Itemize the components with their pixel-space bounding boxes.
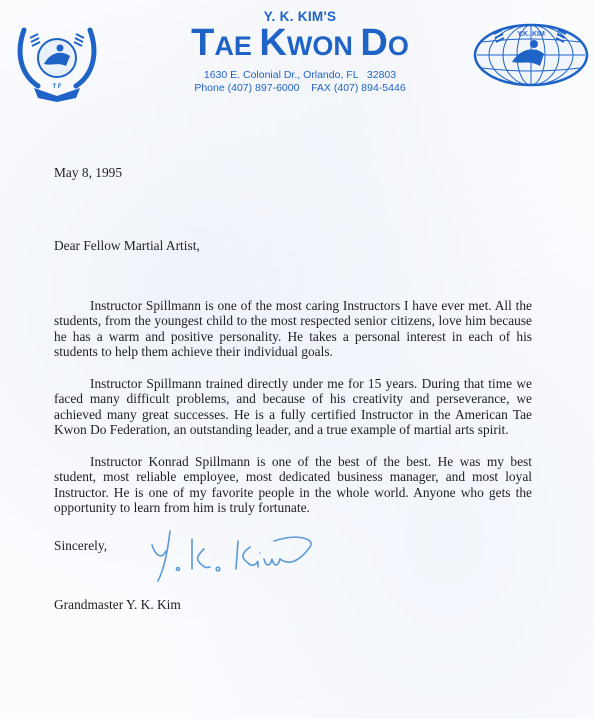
federation-emblem-icon: T F: [14, 22, 100, 104]
handwritten-signature: [148, 525, 318, 583]
letter-paragraph: Instructor Konrad Spillmann is one of th…: [54, 454, 532, 516]
svg-text:T F: T F: [53, 84, 62, 90]
letter-closing: Sincerely,: [54, 538, 107, 553]
globe-emblem-icon: Y.K. KIM: [472, 22, 590, 88]
letterhead-address: 1630 E. Colonial Dr., Orlando, FL 32803: [160, 69, 440, 82]
letter-paragraph: Instructor Spillmann is one of the most …: [54, 298, 532, 360]
letter-date: May 8, 1995: [54, 165, 122, 180]
letterhead-contact: Phone (407) 897-6000 FAX (407) 894-5446: [160, 82, 440, 95]
svg-text:Y.K. KIM: Y.K. KIM: [517, 31, 545, 38]
letter-salutation: Dear Fellow Martial Artist,: [54, 238, 200, 253]
letter-paragraph: Instructor Spillmann trained directly un…: [54, 376, 532, 438]
letter-signer: Grandmaster Y. K. Kim: [54, 597, 181, 612]
letterhead-school-name: TAE KWON DO: [160, 24, 440, 62]
letterhead-address-block: 1630 E. Colonial Dr., Orlando, FL 32803P…: [160, 69, 440, 95]
